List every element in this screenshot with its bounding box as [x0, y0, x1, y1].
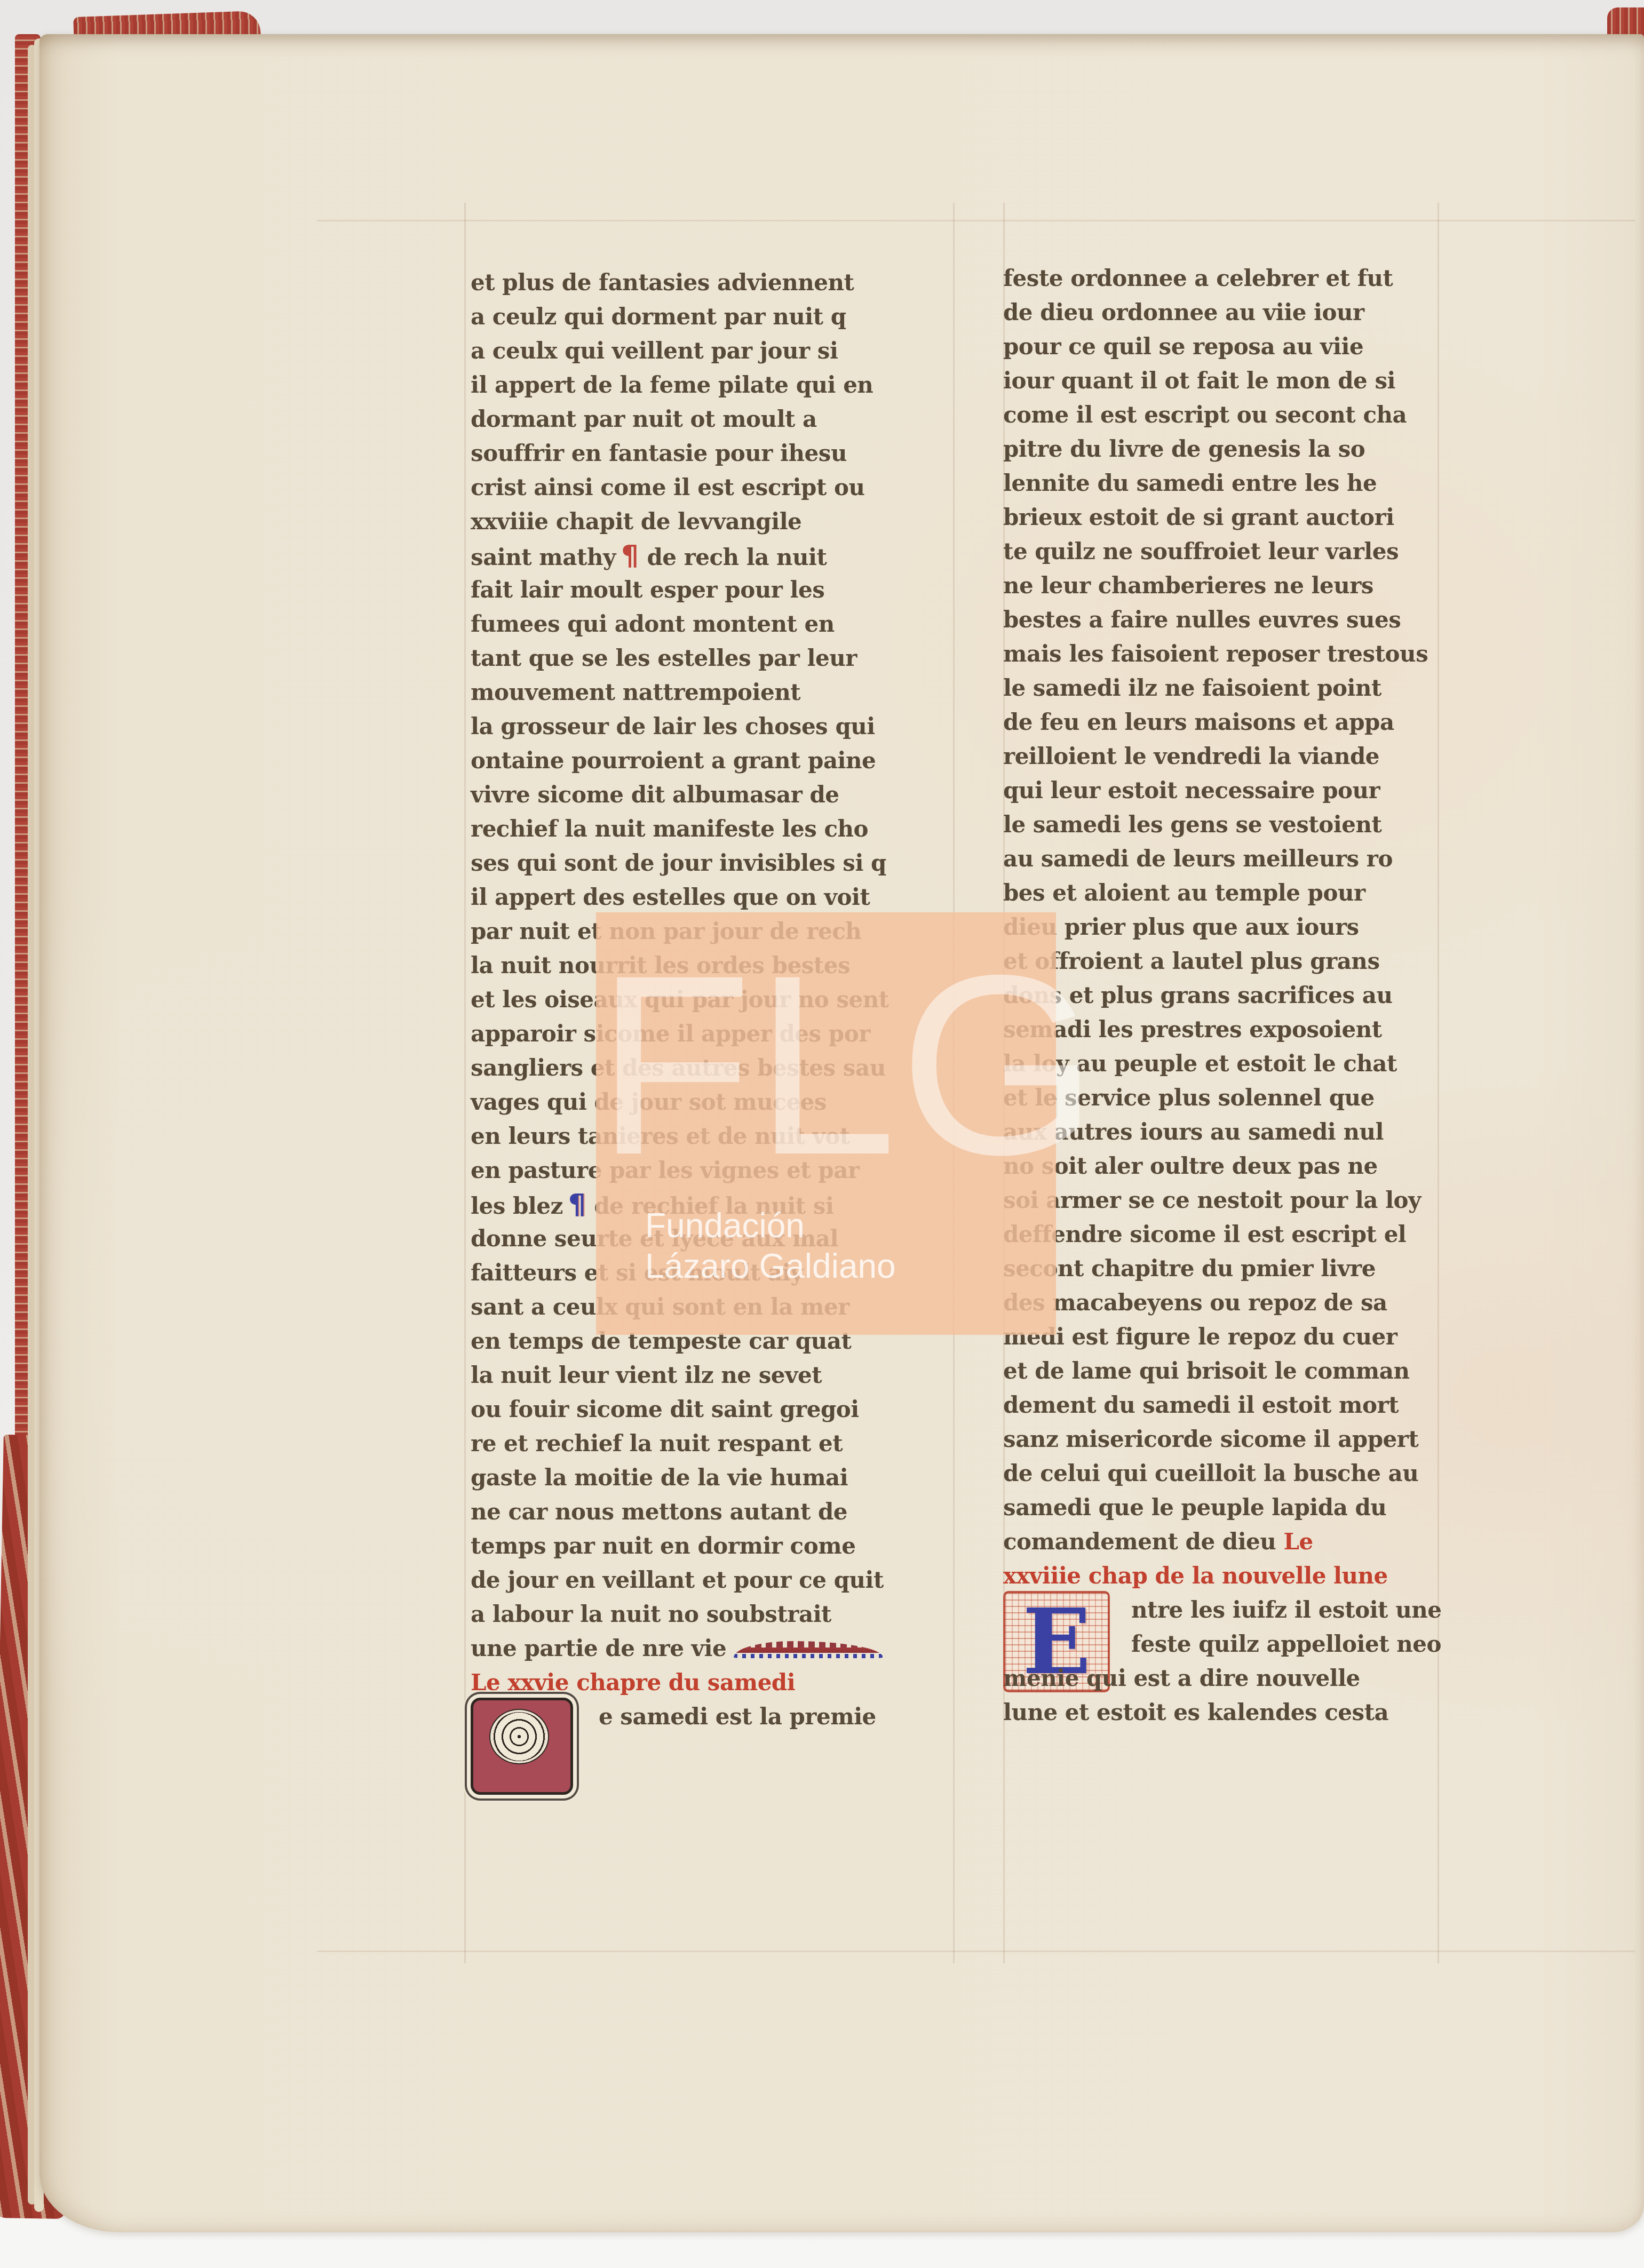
- text-line: come il est escript ou secont cha: [1003, 398, 1513, 432]
- ruling-line-horizontal: [317, 1951, 1635, 1952]
- text-line: pitre du livre de genesis la so: [1003, 432, 1513, 466]
- rubric-line: xxviiie chap de la nouvelle lune: [1003, 1559, 1513, 1593]
- ruling-line-vertical: [464, 203, 466, 1963]
- text-line: mais les faisoient reposer trestous: [1003, 637, 1513, 671]
- text-run: il appert de la feme pilate qui en: [471, 372, 873, 398]
- text-line: ses qui sont de jour invisibles si q: [471, 846, 954, 880]
- text-run: de feu en leurs maisons et appa: [1003, 709, 1394, 735]
- text-run: et plus de fantasies adviennent: [471, 269, 854, 296]
- text-run: fumees qui adont montent en: [471, 611, 835, 637]
- text-line: tant que se les estelles par leur: [471, 641, 954, 675]
- text-line: xxviiie chapit de levvangile: [471, 505, 954, 539]
- text-line: reilloient le vendredi la viande: [1003, 739, 1513, 774]
- text-line: dement du samedi il estoit mort: [1003, 1388, 1513, 1422]
- decorated-initial-L: [471, 1698, 573, 1795]
- rubric-run: Le: [1276, 1529, 1313, 1555]
- watermark-text-line2: Lázaro Galdiano: [645, 1247, 896, 1285]
- text-line: bestes a faire nulles euvres sues: [1003, 603, 1513, 637]
- text-line: lennite du samedi entre les he: [1003, 466, 1513, 500]
- text-line: medi est figure le repoz du cuer: [1003, 1320, 1513, 1354]
- text-run: ntre les iuifz il estoit une: [1131, 1597, 1441, 1623]
- text-line: de feu en leurs maisons et appa: [1003, 705, 1513, 739]
- text-run: a ceulx qui veillent par jour si: [471, 338, 838, 364]
- text-run: et de lame qui brisoit le comman: [1003, 1358, 1410, 1384]
- text-run: lennite du samedi entre les he: [1003, 470, 1377, 496]
- text-run: mais les faisoient reposer trestous: [1003, 641, 1428, 667]
- text-line: feste ordonnee a celebrer et fut: [1003, 261, 1513, 296]
- text-run: le samedi ilz ne faisoient point: [1003, 675, 1381, 701]
- text-run: gaste la moitie de la vie humai: [471, 1465, 848, 1491]
- text-run: a labour la nuit no soubstrait: [471, 1601, 831, 1627]
- text-run: come il est escript ou secont cha: [1003, 402, 1407, 428]
- text-line: menie qui est a dire nouvelle: [1003, 1661, 1513, 1696]
- text-line: le samedi les gens se vestoient: [1003, 808, 1513, 842]
- text-line: crist ainsi come il est escript ou: [471, 471, 954, 505]
- text-run: de rech la nuit: [647, 544, 827, 570]
- text-run: de celui qui cueilloit la busche au: [1003, 1460, 1418, 1486]
- text-run: tant que se les estelles par leur: [471, 645, 857, 671]
- manuscript-page: et plus de fantasies adviennenta ceulz q…: [39, 34, 1644, 2232]
- text-run: les blez: [471, 1193, 563, 1219]
- ruling-line-horizontal: [317, 220, 1635, 221]
- text-run: ne leur chamberieres ne leurs: [1003, 572, 1373, 599]
- text-line: secont chapitre du pmier livre: [1003, 1252, 1513, 1286]
- text-line: a ceulz qui dorment par nuit q: [471, 300, 954, 334]
- text-line: sanz misericorde sicome il appert: [1003, 1422, 1513, 1457]
- text-line: il appert de la feme pilate qui en: [471, 368, 954, 402]
- text-run: fait lair moult esper pour les: [471, 577, 824, 603]
- text-run: samedi que le peuple lapida du: [1003, 1494, 1386, 1521]
- text-line: samedi que le peuple lapida du: [1003, 1491, 1513, 1525]
- text-line: gaste la moitie de la vie humai: [471, 1461, 954, 1495]
- text-line: iour quant il ot fait le mon de si: [1003, 364, 1513, 398]
- text-run: te quilz ne souffroiet leur varles: [1003, 538, 1399, 564]
- text-run: sanz misericorde sicome il appert: [1003, 1426, 1418, 1452]
- text-run: bestes a faire nulles euvres sues: [1003, 607, 1401, 633]
- text-run: ne car nous mettons autant de: [471, 1499, 847, 1525]
- text-line: mouvement nattrempoient: [471, 675, 954, 710]
- text-run: dormant par nuit ot moult a: [471, 406, 817, 432]
- text-run: dement du samedi il estoit mort: [1003, 1392, 1399, 1418]
- text-run: de dieu ordonnee au viie iour: [1003, 299, 1364, 325]
- text-line: rechief la nuit manifeste les cho: [471, 812, 954, 846]
- text-line: et de lame qui brisoit le comman: [1003, 1354, 1513, 1388]
- text-line: le samedi ilz ne faisoient point: [1003, 671, 1513, 705]
- text-run: reilloient le vendredi la viande: [1003, 743, 1379, 769]
- line-filler-ornament-icon: [734, 1641, 883, 1659]
- text-run: mouvement nattrempoient: [471, 679, 800, 705]
- text-line: vivre sicome dit albumasar de: [471, 778, 954, 812]
- text-line: qui leur estoit necessaire pour: [1003, 774, 1513, 808]
- text-run: lune et estoit es kalendes cesta: [1003, 1699, 1388, 1725]
- text-run: des macabeyens ou repoz de sa: [1003, 1290, 1387, 1316]
- text-line: a ceulx qui veillent par jour si: [471, 334, 954, 368]
- text-run: bes et aloient au temple pour: [1003, 880, 1365, 906]
- text-line: de celui qui cueilloit la busche au: [1003, 1457, 1513, 1491]
- pilcrow-mark-icon: ¶: [568, 1189, 586, 1221]
- watermark-letters: FLG: [596, 932, 1056, 1198]
- text-run: la nuit leur vient ilz ne sevet: [471, 1362, 822, 1388]
- text-line: fumees qui adont montent en: [471, 607, 954, 641]
- text-line: feste quilz appelloiet neo: [1003, 1627, 1513, 1661]
- text-run: vivre sicome dit albumasar de: [471, 782, 839, 808]
- text-run: ontaine pourroient a grant paine: [471, 747, 876, 774]
- text-line: saint mathy¶de rech la nuit: [471, 539, 954, 573]
- rubric-line: Le xxvie chapre du samedi: [471, 1666, 954, 1700]
- text-line: de dieu ordonnee au viie iour: [1003, 296, 1513, 330]
- text-line: pour ce quil se reposa au viie: [1003, 330, 1513, 364]
- text-run: ou fouir sicome dit saint gregoi: [471, 1396, 859, 1422]
- text-line: des macabeyens ou repoz de sa: [1003, 1286, 1513, 1320]
- text-run: pitre du livre de genesis la so: [1003, 436, 1365, 462]
- text-line: ne car nous mettons autant de: [471, 1495, 954, 1529]
- text-run: medi est figure le repoz du cuer: [1003, 1324, 1397, 1350]
- text-run: feste ordonnee a celebrer et fut: [1003, 265, 1393, 291]
- text-line: la grosseur de lair les choses qui: [471, 710, 954, 744]
- photo-background: { "watermark": { "letters": "FLG", "name…: [0, 0, 1644, 2268]
- text-run: a ceulz qui dorment par nuit q: [471, 304, 846, 330]
- text-line: ontaine pourroient a grant paine: [471, 744, 954, 778]
- text-run: iour quant il ot fait le mon de si: [1003, 368, 1395, 394]
- initial-medallion: [493, 1712, 546, 1761]
- text-line: bes et aloient au temple pour: [1003, 876, 1513, 910]
- rubric-run: xxviiie chap de la nouvelle lune: [1003, 1563, 1388, 1589]
- text-run: crist ainsi come il est escript ou: [471, 474, 865, 500]
- text-run: pour ce quil se reposa au viie: [1003, 333, 1363, 360]
- pilcrow-mark-icon: ¶: [621, 540, 639, 572]
- text-run: e samedi est la premie: [599, 1704, 876, 1730]
- rubric-run: Le xxvie chapre du samedi: [471, 1669, 795, 1696]
- text-line: fait lair moult esper pour les: [471, 573, 954, 607]
- text-run: feste quilz appelloiet neo: [1131, 1631, 1441, 1657]
- watermark-text-line1: Fundación: [645, 1207, 805, 1244]
- text-run: il appert des estelles que on voit: [471, 884, 870, 910]
- text-run: de jour en veillant et pour ce quit: [471, 1567, 884, 1593]
- text-line: au samedi de leurs meilleurs ro: [1003, 842, 1513, 876]
- text-line: te quilz ne souffroiet leur varles: [1003, 535, 1513, 569]
- text-line: ou fouir sicome dit saint gregoi: [471, 1392, 954, 1427]
- text-line: ne leur chamberieres ne leurs: [1003, 569, 1513, 603]
- text-run: temps par nuit en dormir come: [471, 1533, 855, 1559]
- text-run: saint mathy: [471, 544, 616, 570]
- text-run: brieux estoit de si grant auctori: [1003, 504, 1394, 530]
- text-line: dormant par nuit ot moult a: [471, 402, 954, 436]
- text-line: une partie de nre vie: [471, 1632, 954, 1666]
- text-run: ses qui sont de jour invisibles si q: [471, 850, 886, 876]
- text-line: comandement de dieu Le: [1003, 1525, 1513, 1559]
- text-run: re et rechief la nuit respant et: [471, 1430, 843, 1457]
- text-run: qui leur estoit necessaire pour: [1003, 777, 1380, 803]
- text-line: e samedi est la premie: [471, 1700, 954, 1734]
- text-line: la nuit leur vient ilz ne sevet: [471, 1358, 954, 1392]
- text-run: rechief la nuit manifeste les cho: [471, 816, 868, 842]
- text-run: secont chapitre du pmier livre: [1003, 1255, 1376, 1282]
- text-line: il appert des estelles que on voit: [471, 880, 954, 914]
- text-line: brieux estoit de si grant auctori: [1003, 500, 1513, 535]
- text-line: souffrir en fantasie pour ihesu: [471, 436, 954, 471]
- text-line: de jour en veillant et pour ce quit: [471, 1563, 954, 1597]
- text-line: deffendre sicome il est escript el: [1003, 1217, 1513, 1252]
- text-run: au samedi de leurs meilleurs ro: [1003, 846, 1393, 872]
- text-run: une partie de nre vie: [471, 1635, 726, 1661]
- text-line: Entre les iuifz il estoit une: [1003, 1593, 1513, 1627]
- text-run: menie qui est a dire nouvelle: [1003, 1665, 1360, 1691]
- text-run: deffendre sicome il est escript el: [1003, 1221, 1406, 1247]
- text-line: re et rechief la nuit respant et: [471, 1427, 954, 1461]
- text-run: souffrir en fantasie pour ihesu: [471, 440, 847, 466]
- text-line: temps par nuit en dormir come: [471, 1529, 954, 1563]
- text-run: le samedi les gens se vestoient: [1003, 811, 1381, 838]
- text-run: la grosseur de lair les choses qui: [471, 713, 875, 739]
- text-line: lune et estoit es kalendes cesta: [1003, 1696, 1513, 1730]
- text-run: comandement de dieu: [1003, 1529, 1276, 1555]
- text-line: et plus de fantasies adviennent: [471, 266, 954, 300]
- watermark-overlay: FLG Fundación Lázaro Galdiano: [596, 912, 1056, 1335]
- text-line: a labour la nuit no soubstrait: [471, 1597, 954, 1632]
- text-run: xxviiie chapit de levvangile: [471, 508, 801, 535]
